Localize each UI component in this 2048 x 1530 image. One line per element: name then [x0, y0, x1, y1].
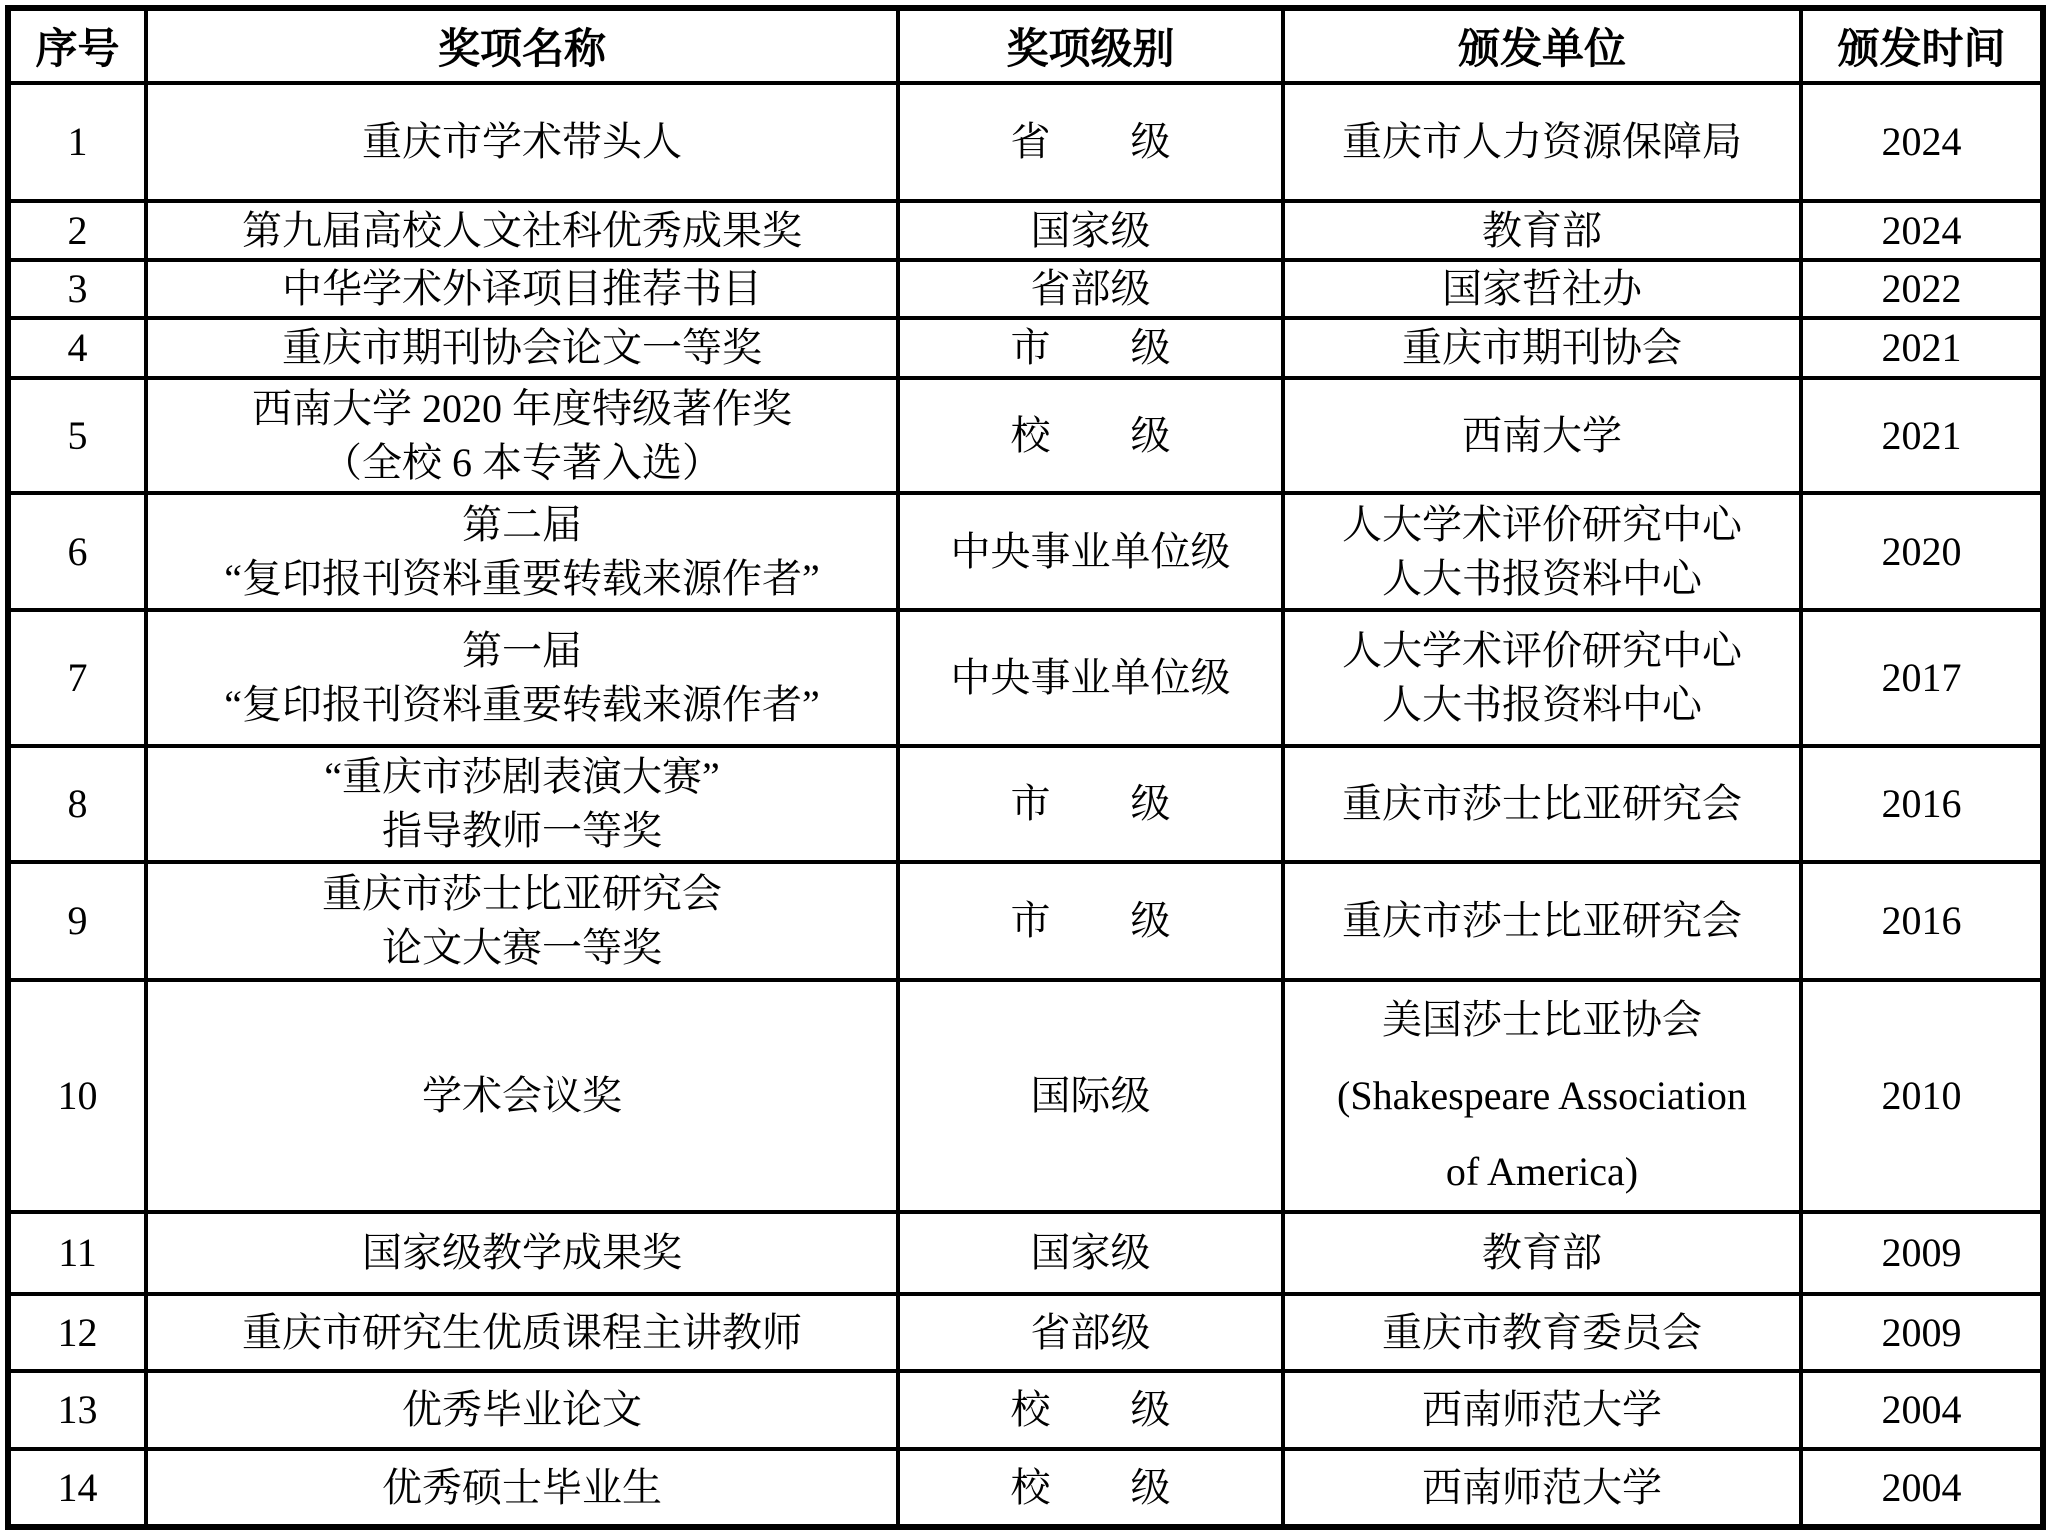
award-level-cell: 省 级 [898, 83, 1283, 201]
cell-line: 西南师范大学 [1291, 1383, 1793, 1437]
award-name-cell: 第一届“复印报刊资料重要转载来源作者” [146, 610, 898, 746]
year-cell: 2024 [1801, 83, 2043, 201]
row-number-cell: 14 [8, 1449, 146, 1525]
year-cell: 2009 [1801, 1212, 2043, 1294]
issuer-cell: 人大学术评价研究中心人大书报资料中心 [1283, 610, 1801, 746]
cell-line: 重庆市学术带头人 [154, 115, 890, 169]
table-body: 1重庆市学术带头人省 级重庆市人力资源保障局20242第九届高校人文社科优秀成果… [8, 83, 2043, 1525]
award-level-cell: 省部级 [898, 260, 1283, 318]
cell-line: “重庆市莎剧表演大赛” [154, 750, 890, 804]
cell-line: 重庆市人力资源保障局 [1291, 115, 1793, 169]
col-header-issuer: 颁发单位 [1283, 8, 1801, 83]
cell-line: 美国莎士比亚协会 [1291, 982, 1793, 1058]
award-level-cell: 校 级 [898, 1449, 1283, 1525]
issuer-cell: 教育部 [1283, 201, 1801, 260]
table-row: 7第一届“复印报刊资料重要转载来源作者”中央事业单位级人大学术评价研究中心人大书… [8, 610, 2043, 746]
year-cell: 2017 [1801, 610, 2043, 746]
cell-line: 教育部 [1291, 1226, 1793, 1280]
cell-line: 西南大学 2020 年度特级著作奖 [154, 382, 890, 436]
cell-line: 第九届高校人文社科优秀成果奖 [154, 204, 890, 258]
cell-line: 优秀硕士毕业生 [154, 1461, 890, 1515]
award-name-cell: 重庆市期刊协会论文一等奖 [146, 318, 898, 378]
award-name-cell: 学术会议奖 [146, 980, 898, 1212]
award-level-cell: 国际级 [898, 980, 1283, 1212]
issuer-cell: 西南师范大学 [1283, 1449, 1801, 1525]
award-name-cell: 西南大学 2020 年度特级著作奖（全校 6 本专著入选） [146, 378, 898, 493]
year-cell: 2024 [1801, 201, 2043, 260]
cell-line: 国家哲社办 [1291, 262, 1793, 316]
awards-table: 序号奖项名称奖项级别颁发单位颁发时间 1重庆市学术带头人省 级重庆市人力资源保障… [5, 5, 2046, 1525]
cell-line: 重庆市莎士比亚研究会 [1291, 777, 1793, 831]
cell-line: 重庆市莎士比亚研究会 [154, 867, 890, 921]
issuer-cell: 重庆市人力资源保障局 [1283, 83, 1801, 201]
cell-line: 优秀毕业论文 [154, 1383, 890, 1437]
cell-line: 学术会议奖 [154, 1069, 890, 1123]
award-name-cell: 重庆市研究生优质课程主讲教师 [146, 1294, 898, 1371]
cell-line: 第二届 [154, 498, 890, 552]
issuer-cell: 重庆市莎士比亚研究会 [1283, 862, 1801, 980]
cell-line: 人大学术评价研究中心 [1291, 498, 1793, 552]
award-name-cell: 中华学术外译项目推荐书目 [146, 260, 898, 318]
cell-line: 西南大学 [1291, 409, 1793, 463]
table-row: 5西南大学 2020 年度特级著作奖（全校 6 本专著入选）校 级西南大学202… [8, 378, 2043, 493]
table-row: 2第九届高校人文社科优秀成果奖国家级教育部2024 [8, 201, 2043, 260]
issuer-cell: 西南大学 [1283, 378, 1801, 493]
cell-line: 重庆市教育委员会 [1291, 1306, 1793, 1360]
award-name-cell: 重庆市莎士比亚研究会论文大赛一等奖 [146, 862, 898, 980]
cell-line: 国家级教学成果奖 [154, 1226, 890, 1280]
issuer-cell: 西南师范大学 [1283, 1371, 1801, 1449]
award-name-cell: “重庆市莎剧表演大赛”指导教师一等奖 [146, 746, 898, 862]
award-level-cell: 国家级 [898, 1212, 1283, 1294]
table-row: 6第二届“复印报刊资料重要转载来源作者”中央事业单位级人大学术评价研究中心人大书… [8, 493, 2043, 610]
award-level-cell: 市 级 [898, 746, 1283, 862]
cell-line: 中华学术外译项目推荐书目 [154, 262, 890, 316]
award-level-cell: 中央事业单位级 [898, 493, 1283, 610]
table-row: 4重庆市期刊协会论文一等奖市 级重庆市期刊协会2021 [8, 318, 2043, 378]
col-header-year: 颁发时间 [1801, 8, 2043, 83]
year-cell: 2020 [1801, 493, 2043, 610]
cell-line: 人大书报资料中心 [1291, 552, 1793, 606]
col-header-award-level: 奖项级别 [898, 8, 1283, 83]
table-header: 序号奖项名称奖项级别颁发单位颁发时间 [8, 8, 2043, 83]
year-cell: 2016 [1801, 746, 2043, 862]
table-row: 10学术会议奖国际级美国莎士比亚协会(Shakespeare Associati… [8, 980, 2043, 1212]
issuer-cell: 重庆市教育委员会 [1283, 1294, 1801, 1371]
award-level-cell: 市 级 [898, 318, 1283, 378]
year-cell: 2010 [1801, 980, 2043, 1212]
table-row: 1重庆市学术带头人省 级重庆市人力资源保障局2024 [8, 83, 2043, 201]
award-level-cell: 省部级 [898, 1294, 1283, 1371]
year-cell: 2004 [1801, 1449, 2043, 1525]
cell-line: 教育部 [1291, 204, 1793, 258]
cell-line: (Shakespeare Association [1291, 1058, 1793, 1134]
award-level-cell: 中央事业单位级 [898, 610, 1283, 746]
cell-line: 重庆市研究生优质课程主讲教师 [154, 1306, 890, 1360]
cell-line: （全校 6 本专著入选） [154, 436, 890, 490]
cell-line: “复印报刊资料重要转载来源作者” [154, 678, 890, 732]
award-name-cell: 国家级教学成果奖 [146, 1212, 898, 1294]
cell-line: 重庆市期刊协会 [1291, 321, 1793, 375]
row-number-cell: 8 [8, 746, 146, 862]
table-row: 11国家级教学成果奖国家级教育部2009 [8, 1212, 2043, 1294]
table-row: 13优秀毕业论文校 级西南师范大学2004 [8, 1371, 2043, 1449]
row-number-cell: 10 [8, 980, 146, 1212]
table-row: 12重庆市研究生优质课程主讲教师省部级重庆市教育委员会2009 [8, 1294, 2043, 1371]
row-number-cell: 12 [8, 1294, 146, 1371]
award-name-cell: 优秀毕业论文 [146, 1371, 898, 1449]
cell-line: 重庆市莎士比亚研究会 [1291, 894, 1793, 948]
year-cell: 2021 [1801, 318, 2043, 378]
issuer-cell: 美国莎士比亚协会(Shakespeare Associationof Ameri… [1283, 980, 1801, 1212]
year-cell: 2016 [1801, 862, 2043, 980]
row-number-cell: 2 [8, 201, 146, 260]
year-cell: 2004 [1801, 1371, 2043, 1449]
cell-line: 人大学术评价研究中心 [1291, 624, 1793, 678]
cell-line: 第一届 [154, 624, 890, 678]
row-number-cell: 3 [8, 260, 146, 318]
issuer-cell: 重庆市莎士比亚研究会 [1283, 746, 1801, 862]
row-number-cell: 5 [8, 378, 146, 493]
cell-line: 人大书报资料中心 [1291, 678, 1793, 732]
row-number-cell: 6 [8, 493, 146, 610]
cell-line: “复印报刊资料重要转载来源作者” [154, 552, 890, 606]
award-level-cell: 市 级 [898, 862, 1283, 980]
row-number-cell: 11 [8, 1212, 146, 1294]
header-row: 序号奖项名称奖项级别颁发单位颁发时间 [8, 8, 2043, 83]
award-name-cell: 第二届“复印报刊资料重要转载来源作者” [146, 493, 898, 610]
row-number-cell: 9 [8, 862, 146, 980]
cell-line: of America) [1291, 1134, 1793, 1210]
table-row: 8“重庆市莎剧表演大赛”指导教师一等奖市 级重庆市莎士比亚研究会2016 [8, 746, 2043, 862]
award-level-cell: 国家级 [898, 201, 1283, 260]
row-number-cell: 1 [8, 83, 146, 201]
award-level-cell: 校 级 [898, 378, 1283, 493]
cell-line: 指导教师一等奖 [154, 804, 890, 858]
award-name-cell: 第九届高校人文社科优秀成果奖 [146, 201, 898, 260]
table-row: 3中华学术外译项目推荐书目省部级国家哲社办2022 [8, 260, 2043, 318]
issuer-cell: 重庆市期刊协会 [1283, 318, 1801, 378]
cell-line: 论文大赛一等奖 [154, 921, 890, 975]
row-number-cell: 7 [8, 610, 146, 746]
award-level-cell: 校 级 [898, 1371, 1283, 1449]
table-row: 14优秀硕士毕业生校 级西南师范大学2004 [8, 1449, 2043, 1525]
issuer-cell: 人大学术评价研究中心人大书报资料中心 [1283, 493, 1801, 610]
award-name-cell: 优秀硕士毕业生 [146, 1449, 898, 1525]
col-header-award-name: 奖项名称 [146, 8, 898, 83]
issuer-cell: 国家哲社办 [1283, 260, 1801, 318]
cell-line: 西南师范大学 [1291, 1461, 1793, 1515]
row-number-cell: 13 [8, 1371, 146, 1449]
year-cell: 2021 [1801, 378, 2043, 493]
year-cell: 2009 [1801, 1294, 2043, 1371]
table-row: 9重庆市莎士比亚研究会论文大赛一等奖市 级重庆市莎士比亚研究会2016 [8, 862, 2043, 980]
issuer-cell: 教育部 [1283, 1212, 1801, 1294]
year-cell: 2022 [1801, 260, 2043, 318]
row-number-cell: 4 [8, 318, 146, 378]
award-name-cell: 重庆市学术带头人 [146, 83, 898, 201]
col-header-index: 序号 [8, 8, 146, 83]
cell-line: 重庆市期刊协会论文一等奖 [154, 321, 890, 375]
